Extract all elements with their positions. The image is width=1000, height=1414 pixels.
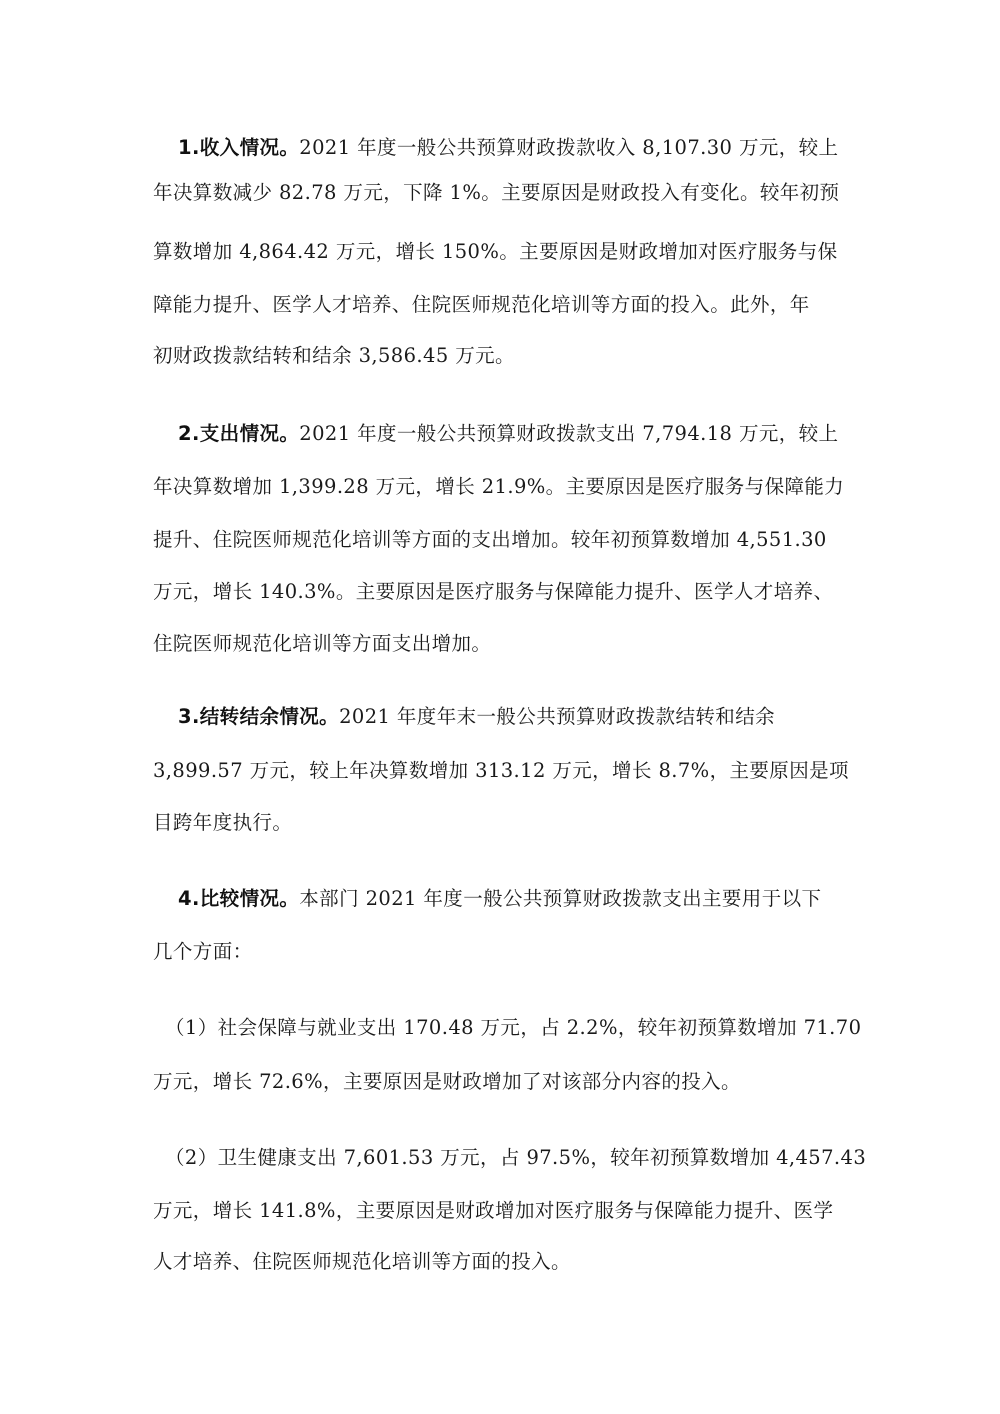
paragraph-line: 障能力提升、医学人才培养、住院医师规范化培训等方面的投入。此外，年 — [153, 290, 853, 320]
paragraph-text: 2021 年度一般公共预算财政拨款收入 8,107.30 万元，较上 — [299, 136, 838, 159]
paragraph-line: 1.收入情况。2021 年度一般公共预算财政拨款收入 8,107.30 万元，较… — [178, 133, 878, 163]
section-heading: 4.比较情况。 — [178, 887, 299, 910]
paragraph-text: 2021 年度一般公共预算财政拨款支出 7,794.18 万元，较上 — [299, 422, 838, 445]
paragraph-line: 年决算数减少 82.78 万元，下降 1%。主要原因是财政投入有变化。较年初预 — [153, 178, 853, 208]
paragraph-line: 算数增加 4,864.42 万元，增长 150%。主要原因是财政增加对医疗服务与… — [153, 237, 853, 267]
paragraph-line: 住院医师规范化培训等方面支出增加。 — [153, 629, 853, 659]
paragraph-line: 万元，增长 141.8%，主要原因是财政增加对医疗服务与保障能力提升、医学 — [153, 1196, 853, 1226]
document-page: 1.收入情况。2021 年度一般公共预算财政拨款收入 8,107.30 万元，较… — [0, 0, 1000, 1414]
section-heading: 1.收入情况。 — [178, 136, 299, 159]
paragraph-line: （1）社会保障与就业支出 170.48 万元，占 2.2%，较年初预算数增加 7… — [165, 1013, 865, 1043]
paragraph-line: 4.比较情况。本部门 2021 年度一般公共预算财政拨款支出主要用于以下 — [178, 884, 878, 914]
paragraph-line: 3,899.57 万元，较上年决算数增加 313.12 万元，增长 8.7%，主… — [153, 756, 853, 786]
paragraph-line: 人才培养、住院医师规范化培训等方面的投入。 — [153, 1247, 853, 1277]
paragraph-line: 2.支出情况。2021 年度一般公共预算财政拨款支出 7,794.18 万元，较… — [178, 419, 878, 449]
paragraph-line: 初财政拨款结转和结余 3,586.45 万元。 — [153, 341, 853, 371]
paragraph-line: 几个方面： — [153, 937, 853, 967]
paragraph-text: 2021 年度年末一般公共预算财政拨款结转和结余 — [339, 705, 775, 728]
section-heading: 2.支出情况。 — [178, 422, 299, 445]
paragraph-line: 万元，增长 72.6%，主要原因是财政增加了对该部分内容的投入。 — [153, 1067, 853, 1097]
paragraph-line: 万元，增长 140.3%。主要原因是医疗服务与保障能力提升、医学人才培养、 — [153, 577, 853, 607]
paragraph-line: 年决算数增加 1,399.28 万元，增长 21.9%。主要原因是医疗服务与保障… — [153, 472, 853, 502]
section-heading: 3.结转结余情况。 — [178, 705, 339, 728]
paragraph-line: 3.结转结余情况。2021 年度年末一般公共预算财政拨款结转和结余 — [178, 702, 878, 732]
paragraph-text: 本部门 2021 年度一般公共预算财政拨款支出主要用于以下 — [299, 887, 821, 910]
paragraph-line: （2）卫生健康支出 7,601.53 万元，占 97.5%，较年初预算数增加 4… — [165, 1143, 865, 1173]
paragraph-line: 目跨年度执行。 — [153, 808, 853, 838]
paragraph-line: 提升、住院医师规范化培训等方面的支出增加。较年初预算数增加 4,551.30 — [153, 525, 853, 555]
